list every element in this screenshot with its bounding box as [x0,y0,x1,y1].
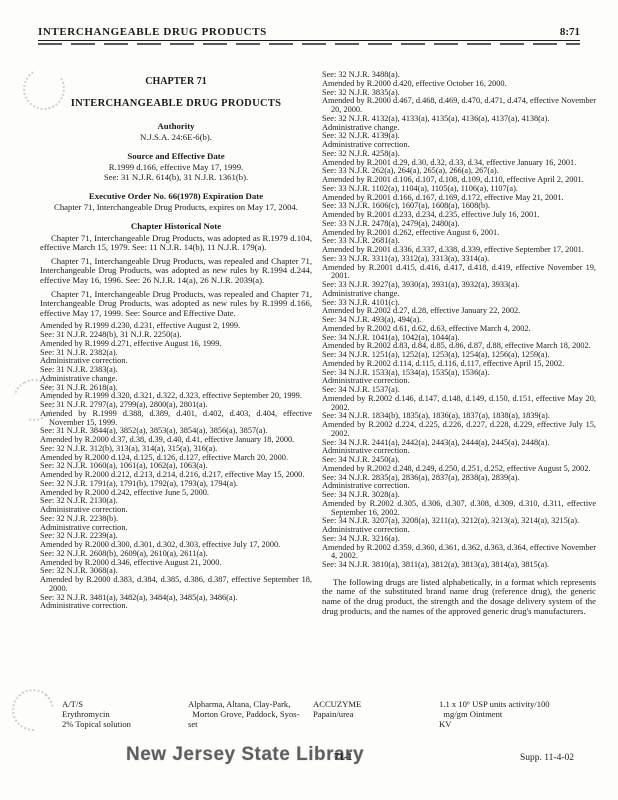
page-header-title: INTERCHANGEABLE DRUG PRODUCTS [38,26,267,38]
amendment-line: Amended by R.2002 d.305, d.306, d.307, d… [322,500,596,518]
amendment-line: Amended by R.2000 d.467, d.468, d.469, d… [322,97,596,115]
authority-heading: Authority [40,121,312,131]
historical-heading: Chapter Historical Note [40,221,312,231]
amendment-line: Amended by R.2002 d.146, d.147, d.148, d… [322,395,596,413]
historical-paragraph: Chapter 71, Interchangeable Drug Product… [40,257,312,286]
exec-order-heading: Executive Order No. 66(1978) Expiration … [40,191,312,201]
exec-order-text: Chapter 71, Interchangeable Drug Product… [40,203,312,213]
drug-column: A/T/S Erythromycin 2% Topical solution [62,699,188,729]
right-column: See: 32 N.J.R. 3488(a). Amended by R.200… [322,71,596,625]
amendments-right: See: 32 N.J.R. 3488(a). Amended by R.200… [322,71,596,570]
amendment-line: Amended by R.2000 d.383, d.384, d.385, d… [40,576,312,594]
source-heading: Source and Effective Date [40,151,312,161]
amendment-line: Amended by R.1999 d.388, d.389, d.401, d… [40,410,312,428]
drug-column: ACCUZYME Papain/urea [313,699,439,729]
document-page: INTERCHANGEABLE DRUG PRODUCTS 8:71 CHAPT… [0,0,618,800]
amendment-line: Administrative correction. [40,602,312,611]
page-header-section: 8:71 [560,26,580,38]
left-column: CHAPTER 71 INTERCHANGEABLE DRUG PRODUCTS… [40,74,312,611]
page-header: INTERCHANGEABLE DRUG PRODUCTS 8:71 [38,26,580,45]
stamp-circle [3,680,62,739]
historical-paragraph: Chapter 71, Interchangeable Drug Product… [40,290,312,319]
drug-column: 1.1 x 10⁶ USP units activity/100 mg/gm O… [439,699,594,729]
source-line: See: 31 N.J.R. 614(b), 31 N.J.R. 1361(b)… [40,173,312,183]
source-lines: R.1999 d.166, effective May 17, 1999. Se… [40,163,312,183]
chapter-number: CHAPTER 71 [40,76,312,87]
library-stamp: New Jersey State Library [126,744,364,766]
historical-paragraphs: Chapter 71, Interchangeable Drug Product… [40,234,312,319]
amendments-left: Amended by R.1999 d.230, d.231, effectiv… [40,322,312,611]
amendment-line: Amended by R.2002 d.224, d.225, d.226, d… [322,421,596,439]
closing-paragraph: The following drugs are listed alphabeti… [322,578,596,617]
supplement-date: Supp. 11-4-02 [520,753,574,763]
header-rule-broken [38,43,580,45]
drug-listing: A/T/S Erythromycin 2% Topical solution A… [62,699,594,729]
historical-paragraph: Chapter 71, Interchangeable Drug Product… [40,234,312,253]
amendment-line: Amended by R.2001 d.415, d.416, d.417, d… [322,264,596,282]
header-rule-solid [38,40,580,41]
chapter-title: INTERCHANGEABLE DRUG PRODUCTS [40,98,312,109]
amendment-line: Amended by R.2002 d.359, d.360, d.361, d… [322,544,596,562]
authority-text: N.J.S.A. 24:6E-6(b). [40,133,312,143]
amendment-line: See: 34 N.J.R. 3810(a), 3811(a), 3812(a)… [322,561,596,570]
page-number: 71-1 [334,752,352,763]
drug-column: Alpharma, Altana, Clay-Park, Morton Grov… [188,699,313,729]
